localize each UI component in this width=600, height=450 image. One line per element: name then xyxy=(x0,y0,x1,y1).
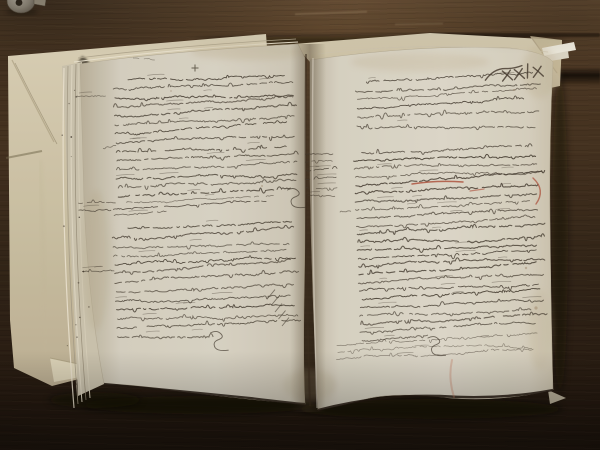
edge-speck xyxy=(68,103,69,104)
metal-hasp xyxy=(34,0,46,6)
edge-speck xyxy=(79,317,81,319)
edge-speck xyxy=(63,225,65,227)
foxing-spot xyxy=(513,89,515,91)
foxing-spot xyxy=(525,267,527,269)
edge-speck xyxy=(75,324,76,325)
edge-speck xyxy=(79,217,80,218)
edge-speck xyxy=(70,136,72,138)
foxing-spot xyxy=(261,185,263,187)
edge-speck xyxy=(78,282,80,284)
edge-speck xyxy=(83,271,85,273)
foxing-spot xyxy=(170,90,172,92)
photo-of-open-manuscript: Photograph of an open bound manuscript w… xyxy=(0,0,600,450)
edge-speck xyxy=(71,156,72,157)
edge-speck xyxy=(76,337,77,338)
metal-fitting xyxy=(6,0,46,16)
foxing-spot xyxy=(534,306,537,309)
scene-svg xyxy=(0,0,600,450)
edge-speck xyxy=(88,306,90,308)
edge-speck xyxy=(67,345,68,346)
bottom-corner-sheets xyxy=(548,390,566,404)
edge-speck xyxy=(74,90,75,91)
edge-speck xyxy=(75,383,77,385)
edge-speck xyxy=(75,96,77,98)
edge-speck xyxy=(62,135,63,136)
